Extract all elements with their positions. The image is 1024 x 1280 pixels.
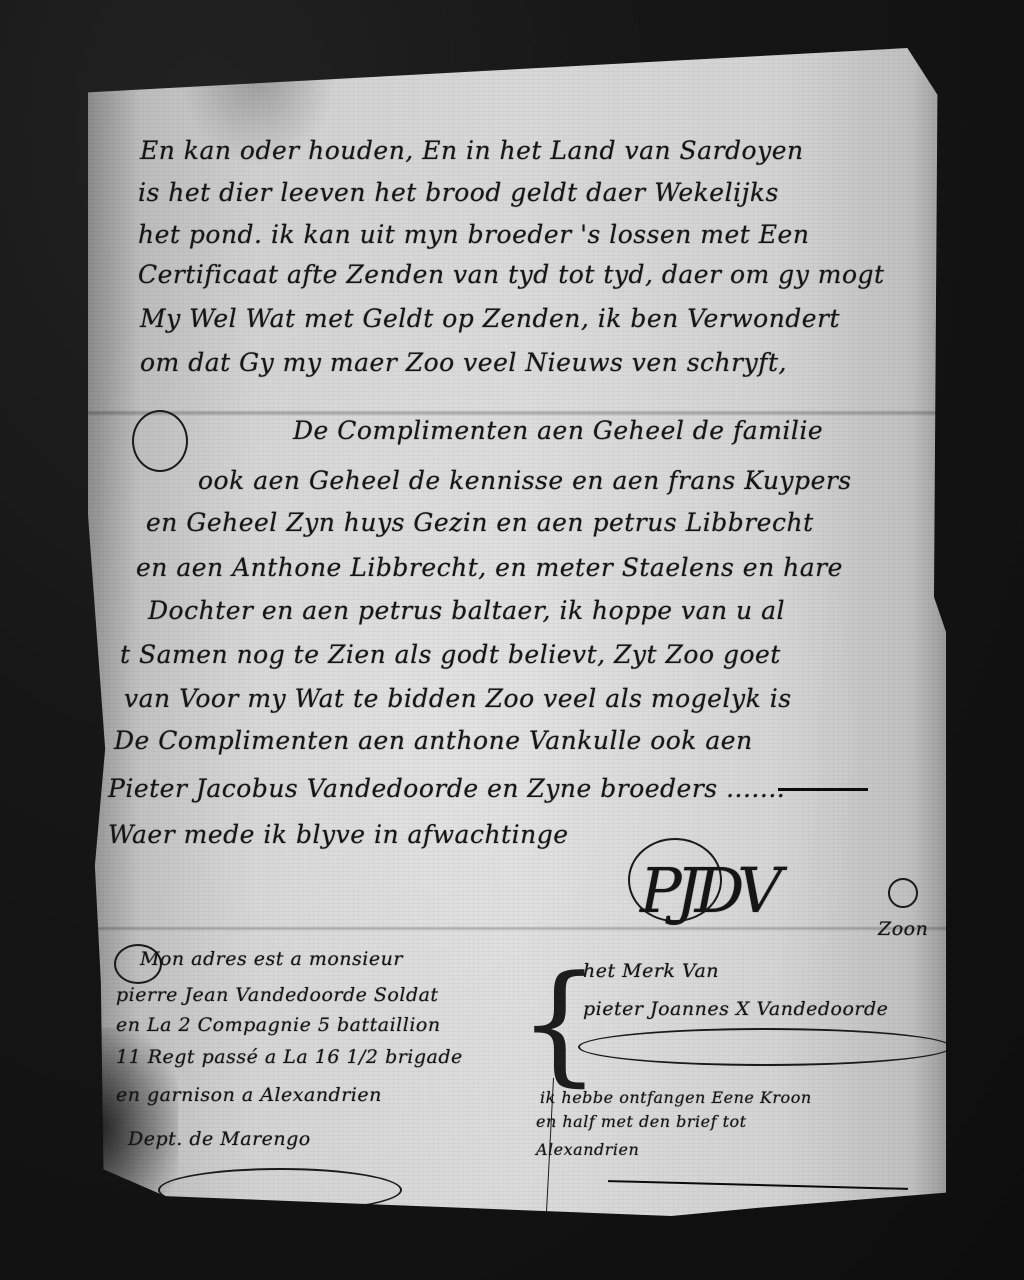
scan-frame: En kan oder houden, En in het Land van S… [0,0,1024,1280]
body-line: en aen Anthone Libbrecht, en meter Stael… [136,553,843,582]
body-line: ook aen Geheel de kennisse en aen frans … [198,466,852,495]
body-line: t Samen nog te Zien als godt believt, Zy… [120,640,781,669]
address-line: en garnison a Alexandrien [116,1084,382,1106]
body-line: en Geheel Zyn huys Gezin en aen petrus L… [146,508,814,537]
body-line: Waer mede ik blyve in afwachtinge [108,820,569,849]
fold-crease [88,926,946,931]
body-line: My Wel Wat met Geldt op Zenden, ik ben V… [140,304,840,333]
body-line: van Voor my Wat te bidden Zoo veel als m… [124,684,792,713]
ink-rule [778,788,868,791]
letter-sheet: En kan oder houden, En in het Land van S… [88,48,946,1216]
ink-rule [608,1180,908,1190]
receipt-line: ik hebbe ontfangen Eene Kroon [540,1088,812,1107]
body-line: om dat Gy my maer Zoo veel Nieuws ven sc… [140,348,787,377]
receipt-line: Alexandrien [536,1140,639,1159]
signature-suffix: Zoon [878,918,928,940]
signature-monogram: PJDV [640,854,776,927]
address-line: Dept. de Marengo [128,1128,311,1150]
body-line: De Complimenten aen anthone Vankulle ook… [114,726,753,755]
body-line: Dochter en aen petrus baltaer, ik hoppe … [148,596,785,625]
body-line: Pieter Jacobus Vandedoorde en Zyne broed… [108,774,785,803]
flourish-swash [132,410,188,472]
address-line: Mon adres est a monsieur [140,948,403,970]
underline-flourish [158,1168,402,1212]
body-line: Certificaat afte Zenden van tyd tot tyd,… [138,260,885,289]
body-line: De Complimenten aen Geheel de familie [293,416,823,445]
flourish-swash [888,878,918,908]
body-line: is het dier leeven het brood geldt daer … [138,178,779,207]
body-line: het pond. ik kan uit myn broeder 's loss… [138,220,809,249]
address-line: en La 2 Compagnie 5 battaillion [116,1014,441,1036]
receipt-line: en half met den brief tot [536,1112,747,1131]
address-line: 11 Regt passé a La 16 1/2 brigade [116,1046,463,1068]
body-line: En kan oder houden, En in het Land van S… [140,136,804,165]
signature-line: pieter Joannes X Vandedoorde [583,998,888,1020]
address-line: pierre Jean Vandedoorde Soldat [116,984,439,1006]
signature-line: het Merk Van [583,960,719,982]
underline-flourish [578,1028,952,1066]
